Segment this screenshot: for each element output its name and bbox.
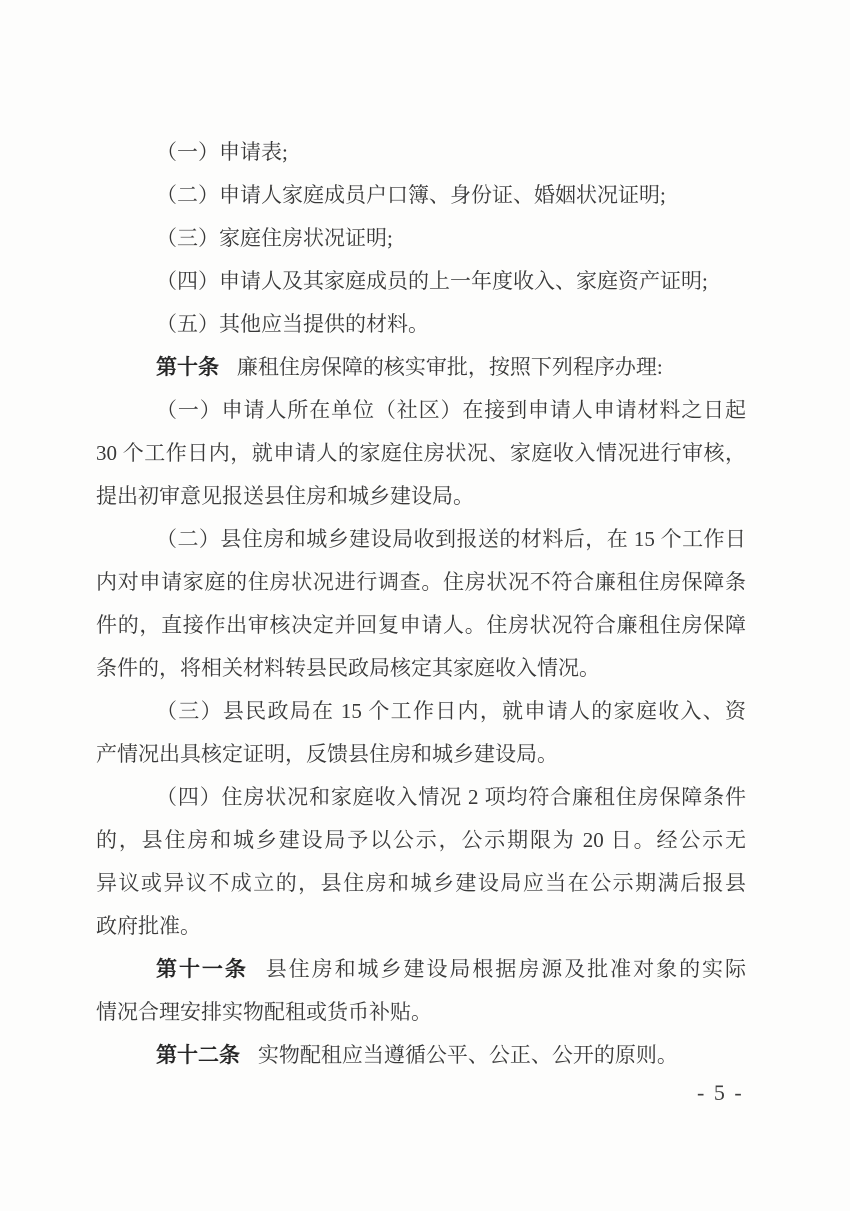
line-text: 内对申请家庭的住房状况进行调查。住房状况不符合廉租住房保障条: [96, 570, 746, 594]
line-text: （五）其他应当提供的材料。: [156, 312, 429, 336]
line-text: （三）县民政局在 15 个工作日内，就申请人的家庭收入、资: [156, 699, 746, 723]
text-line: 提出初审意见报送县住房和城乡建设局。: [96, 475, 746, 518]
text-line: 件的，直接作出审核决定并回复申请人。住房状况符合廉租住房保障: [96, 604, 746, 647]
line-text: 情况合理安排实物配租或货币补贴。: [96, 1000, 432, 1024]
line-text: （四）住房状况和家庭收入情况 2 项均符合廉租住房保障条件: [156, 785, 746, 809]
article-number: 第十二条: [156, 1043, 240, 1067]
text-line: （三）家庭住房状况证明;: [96, 217, 746, 260]
text-line: 第十一条县住房和城乡建设局根据房源及批准对象的实际: [96, 948, 746, 991]
line-text: 异议或异议不成立的，县住房和城乡建设局应当在公示期满后报县: [96, 871, 746, 895]
text-line: （一）申请表;: [96, 131, 746, 174]
text-line: 产情况出具核定证明，反馈县住房和城乡建设局。: [96, 733, 746, 776]
text-line: 第十二条实物配租应当遵循公平、公正、公开的原则。: [96, 1034, 746, 1077]
line-text: （二）申请人家庭成员户口簿、身份证、婚姻状况证明;: [156, 183, 666, 207]
line-text: （一）申请人所在单位（社区）在接到申请人申请材料之日起: [156, 398, 746, 422]
article-number: 第十条: [156, 355, 219, 379]
text-line: 政府批准。: [96, 905, 746, 948]
text-line: （二）县住房和城乡建设局收到报送的材料后，在 15 个工作日: [96, 518, 746, 561]
line-text: 政府批准。: [96, 914, 201, 938]
text-line: （四）申请人及其家庭成员的上一年度收入、家庭资产证明;: [96, 260, 746, 303]
article-number: 第十一条: [156, 957, 248, 981]
text-line: 条件的，将相关材料转县民政局核定其家庭收入情况。: [96, 647, 746, 690]
line-text: 条件的，将相关材料转县民政局核定其家庭收入情况。: [96, 656, 600, 680]
text-line: 内对申请家庭的住房状况进行调查。住房状况不符合廉租住房保障条: [96, 561, 746, 604]
line-text: 产情况出具核定证明，反馈县住房和城乡建设局。: [96, 742, 558, 766]
document-body: （一）申请表;（二）申请人家庭成员户口簿、身份证、婚姻状况证明;（三）家庭住房状…: [96, 131, 746, 1077]
text-line: （二）申请人家庭成员户口簿、身份证、婚姻状况证明;: [96, 174, 746, 217]
text-line: （一）申请人所在单位（社区）在接到申请人申请材料之日起: [96, 389, 746, 432]
text-line: （五）其他应当提供的材料。: [96, 303, 746, 346]
line-text: 提出初审意见报送县住房和城乡建设局。: [96, 484, 474, 508]
page-number: - 5 -: [697, 1080, 744, 1106]
text-line: （四）住房状况和家庭收入情况 2 项均符合廉租住房保障条件: [96, 776, 746, 819]
line-text: （四）申请人及其家庭成员的上一年度收入、家庭资产证明;: [156, 269, 708, 293]
line-text: （一）申请表;: [156, 140, 288, 164]
text-line: 情况合理安排实物配租或货币补贴。: [96, 991, 746, 1034]
line-text: 30 个工作日内，就申请人的家庭住房状况、家庭收入情况进行审核，: [96, 441, 746, 465]
text-line: 第十条廉租住房保障的核实审批，按照下列程序办理:: [96, 346, 746, 389]
document-page: （一）申请表;（二）申请人家庭成员户口簿、身份证、婚姻状况证明;（三）家庭住房状…: [0, 0, 850, 1211]
text-line: 30 个工作日内，就申请人的家庭住房状况、家庭收入情况进行审核，: [96, 432, 746, 475]
line-text: （三）家庭住房状况证明;: [156, 226, 393, 250]
text-line: 的，县住房和城乡建设局予以公示，公示期限为 20 日。经公示无: [96, 819, 746, 862]
line-text: 的，县住房和城乡建设局予以公示，公示期限为 20 日。经公示无: [96, 828, 746, 852]
line-text: 件的，直接作出审核决定并回复申请人。住房状况符合廉租住房保障: [96, 613, 746, 637]
line-text: 廉租住房保障的核实审批，按照下列程序办理:: [237, 355, 663, 379]
text-line: 异议或异议不成立的，县住房和城乡建设局应当在公示期满后报县: [96, 862, 746, 905]
line-text: 实物配租应当遵循公平、公正、公开的原则。: [258, 1043, 678, 1067]
line-text: 县住房和城乡建设局根据房源及批准对象的实际: [266, 957, 746, 981]
text-line: （三）县民政局在 15 个工作日内，就申请人的家庭收入、资: [96, 690, 746, 733]
line-text: （二）县住房和城乡建设局收到报送的材料后，在 15 个工作日: [156, 527, 746, 551]
